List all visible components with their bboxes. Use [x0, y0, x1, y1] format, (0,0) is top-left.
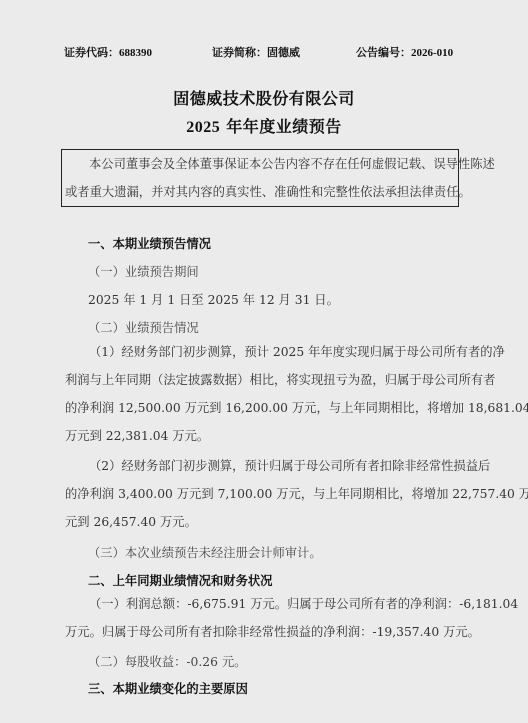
disclaimer-line-2: 或者重大遗漏，并对其内容的真实性、准确性和完整性依法承担法律责任。	[65, 178, 455, 206]
prior-year-item-1: （一）利润总额：-6,675.91 万元。归属于母公司所有者的净利润：-6,18…	[65, 590, 460, 646]
security-abbreviation-value: 固德威	[267, 46, 300, 59]
prior-year-item-1-line-2: 万元。归属于母公司所有者扣除非经常性损益的净利润：-19,357.40 万元。	[65, 618, 460, 646]
security-code-label: 证券代码：	[64, 46, 119, 59]
section-1-sub1-heading: （一）业绩预告期间	[88, 262, 199, 280]
section-1-heading: 一、本期业绩预告情况	[88, 234, 211, 252]
audit-statement: （三）本次业绩预告未经注册会计师审计。	[88, 543, 322, 561]
security-code-value: 688390	[119, 47, 152, 59]
notice-number: 公告编号：2026-010	[356, 44, 453, 60]
forecast-item-1-line-4: 万元到 22,381.04 万元。	[65, 422, 460, 450]
section-3-heading: 三、本期业绩变化的主要原因	[88, 679, 248, 697]
company-title: 固德威技术股份有限公司	[0, 86, 528, 109]
notice-number-value: 2026-010	[411, 47, 453, 59]
forecast-period-text: 2025 年 1 月 1 日至 2025 年 12 月 31 日。	[88, 290, 339, 308]
security-code: 证券代码：688390	[64, 44, 152, 60]
forecast-item-2: （2）经财务部门初步测算，预计归属于母公司所有者扣除非经常性损益后 的净利润 3…	[65, 452, 460, 536]
disclaimer-box: 本公司董事会及全体董事保证本公告内容不存在任何虚假记载、误导性陈述 或者重大遗漏…	[61, 149, 459, 207]
forecast-item-1-line-1: （1）经财务部门初步测算，预计 2025 年年度实现归属于母公司所有者的净	[65, 338, 460, 366]
section-2-heading: 二、上年同期业绩情况和财务状况	[88, 571, 272, 589]
notice-number-label: 公告编号：	[356, 46, 411, 59]
document-title-year: 2025	[186, 119, 220, 136]
forecast-item-1-line-2: 利润与上年同期（法定披露数据）相比，将实现扭亏为盈，归属于母公司所有者	[65, 366, 460, 394]
forecast-item-1-line-3: 的净利润 12,500.00 万元到 16,200.00 万元，与上年同期相比，…	[65, 394, 460, 422]
security-abbreviation-label: 证券简称：	[212, 46, 267, 59]
disclaimer-line-1: 本公司董事会及全体董事保证本公告内容不存在任何虚假记载、误导性陈述	[65, 150, 455, 178]
forecast-item-2-line-2: 的净利润 3,400.00 万元到 7,100.00 万元，与上年同期相比，将增…	[65, 480, 460, 508]
forecast-item-2-line-1: （2）经财务部门初步测算，预计归属于母公司所有者扣除非经常性损益后	[65, 452, 460, 480]
forecast-item-1: （1）经财务部门初步测算，预计 2025 年年度实现归属于母公司所有者的净 利润…	[65, 338, 460, 450]
security-abbreviation: 证券简称：固德威	[212, 44, 300, 60]
earnings-per-share: （二）每股收益：-0.26 元。	[88, 652, 246, 670]
document-title: 2025 年年度业绩预告	[0, 114, 528, 137]
announcement-header: 证券代码：688390 证券简称：固德威 公告编号：2026-010	[64, 44, 456, 64]
section-1-sub2-heading: （二）业绩预告情况	[88, 318, 199, 336]
prior-year-item-1-line-1: （一）利润总额：-6,675.91 万元。归属于母公司所有者的净利润：-6,18…	[65, 590, 460, 618]
document-title-text: 年年度业绩预告	[220, 117, 342, 136]
forecast-item-2-line-3: 元到 26,457.40 万元。	[65, 508, 460, 536]
